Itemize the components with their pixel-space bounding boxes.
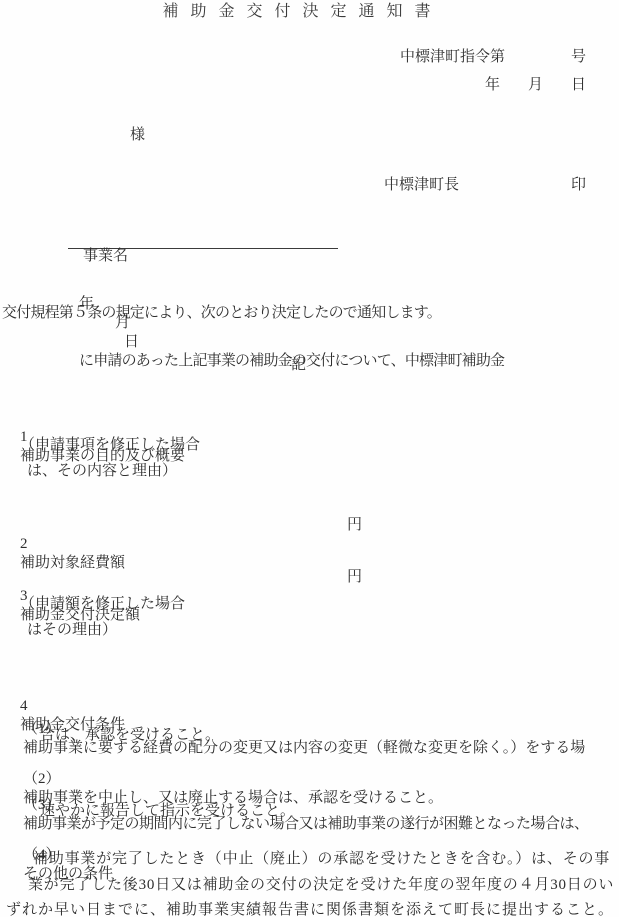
date-line: 年 月 日 [485, 76, 586, 95]
document-page: 補 助 金 交 付 決 定 通 知 書 中標津町指令第 号 年 月 日 様 中標… [0, 0, 619, 917]
intro-line-2: 交付規程第５条の規定により、次のとおり決定したので通知します。 [2, 304, 441, 323]
item-1-note-2: は、その内容と理由） [27, 462, 177, 481]
item-2-yen-unit: 円 [347, 516, 362, 535]
ref-number-line: 中標津町指令第 号 [400, 48, 586, 67]
condition-1-continuation: 合は、承認を受けること。 [40, 726, 220, 745]
condition-4-line-2: 業が完了した後30日又は補助金の交付の決定を受けた年度の翌年度の４月30日のい [28, 876, 614, 895]
addressee-honorific: 様 [130, 126, 145, 145]
item-3-note-1: （申請額を修正した場合 [20, 595, 185, 614]
item-3-row: 3 補助金交付決定額 円 [5, 568, 140, 663]
item-2-number: 2 [20, 535, 48, 554]
item-3-note-2: はその理由） [27, 621, 117, 640]
date-year-label: 年 [485, 76, 500, 95]
seal-mark: 印 [571, 176, 586, 195]
condition-3-continuation: 速やかに報告して指示を受けること。 [40, 802, 295, 821]
date-month-label: 月 [528, 76, 543, 95]
item-3-yen-unit: 円 [347, 568, 362, 587]
ki-marker: 記 [0, 356, 597, 375]
document-title: 補 助 金 交 付 決 定 通 知 書 [0, 2, 597, 21]
issuer-name: 中標津町長 [384, 176, 459, 195]
ref-number-unit: 号 [571, 48, 586, 67]
ref-number-label: 中標津町指令第 [400, 48, 505, 67]
project-name-field: 事業名 [68, 228, 338, 249]
condition-4-line-3: ずれか早い日までに、補助事業実績報告書に関係書類を添えて町長に提出すること。 [6, 901, 614, 917]
issuer-line: 中標津町長 印 [384, 176, 586, 195]
date-day-label: 日 [571, 76, 586, 95]
item-1-note-1: （申請事項を修正した場合 [20, 436, 200, 455]
intro-day-label: 日 [124, 334, 139, 350]
condition-4-line-1: 補助事業が完了したとき（中止（廃止）の承認を受けたときを含む。）は、その事 [33, 850, 610, 869]
project-name-label: 事業名 [83, 248, 128, 264]
